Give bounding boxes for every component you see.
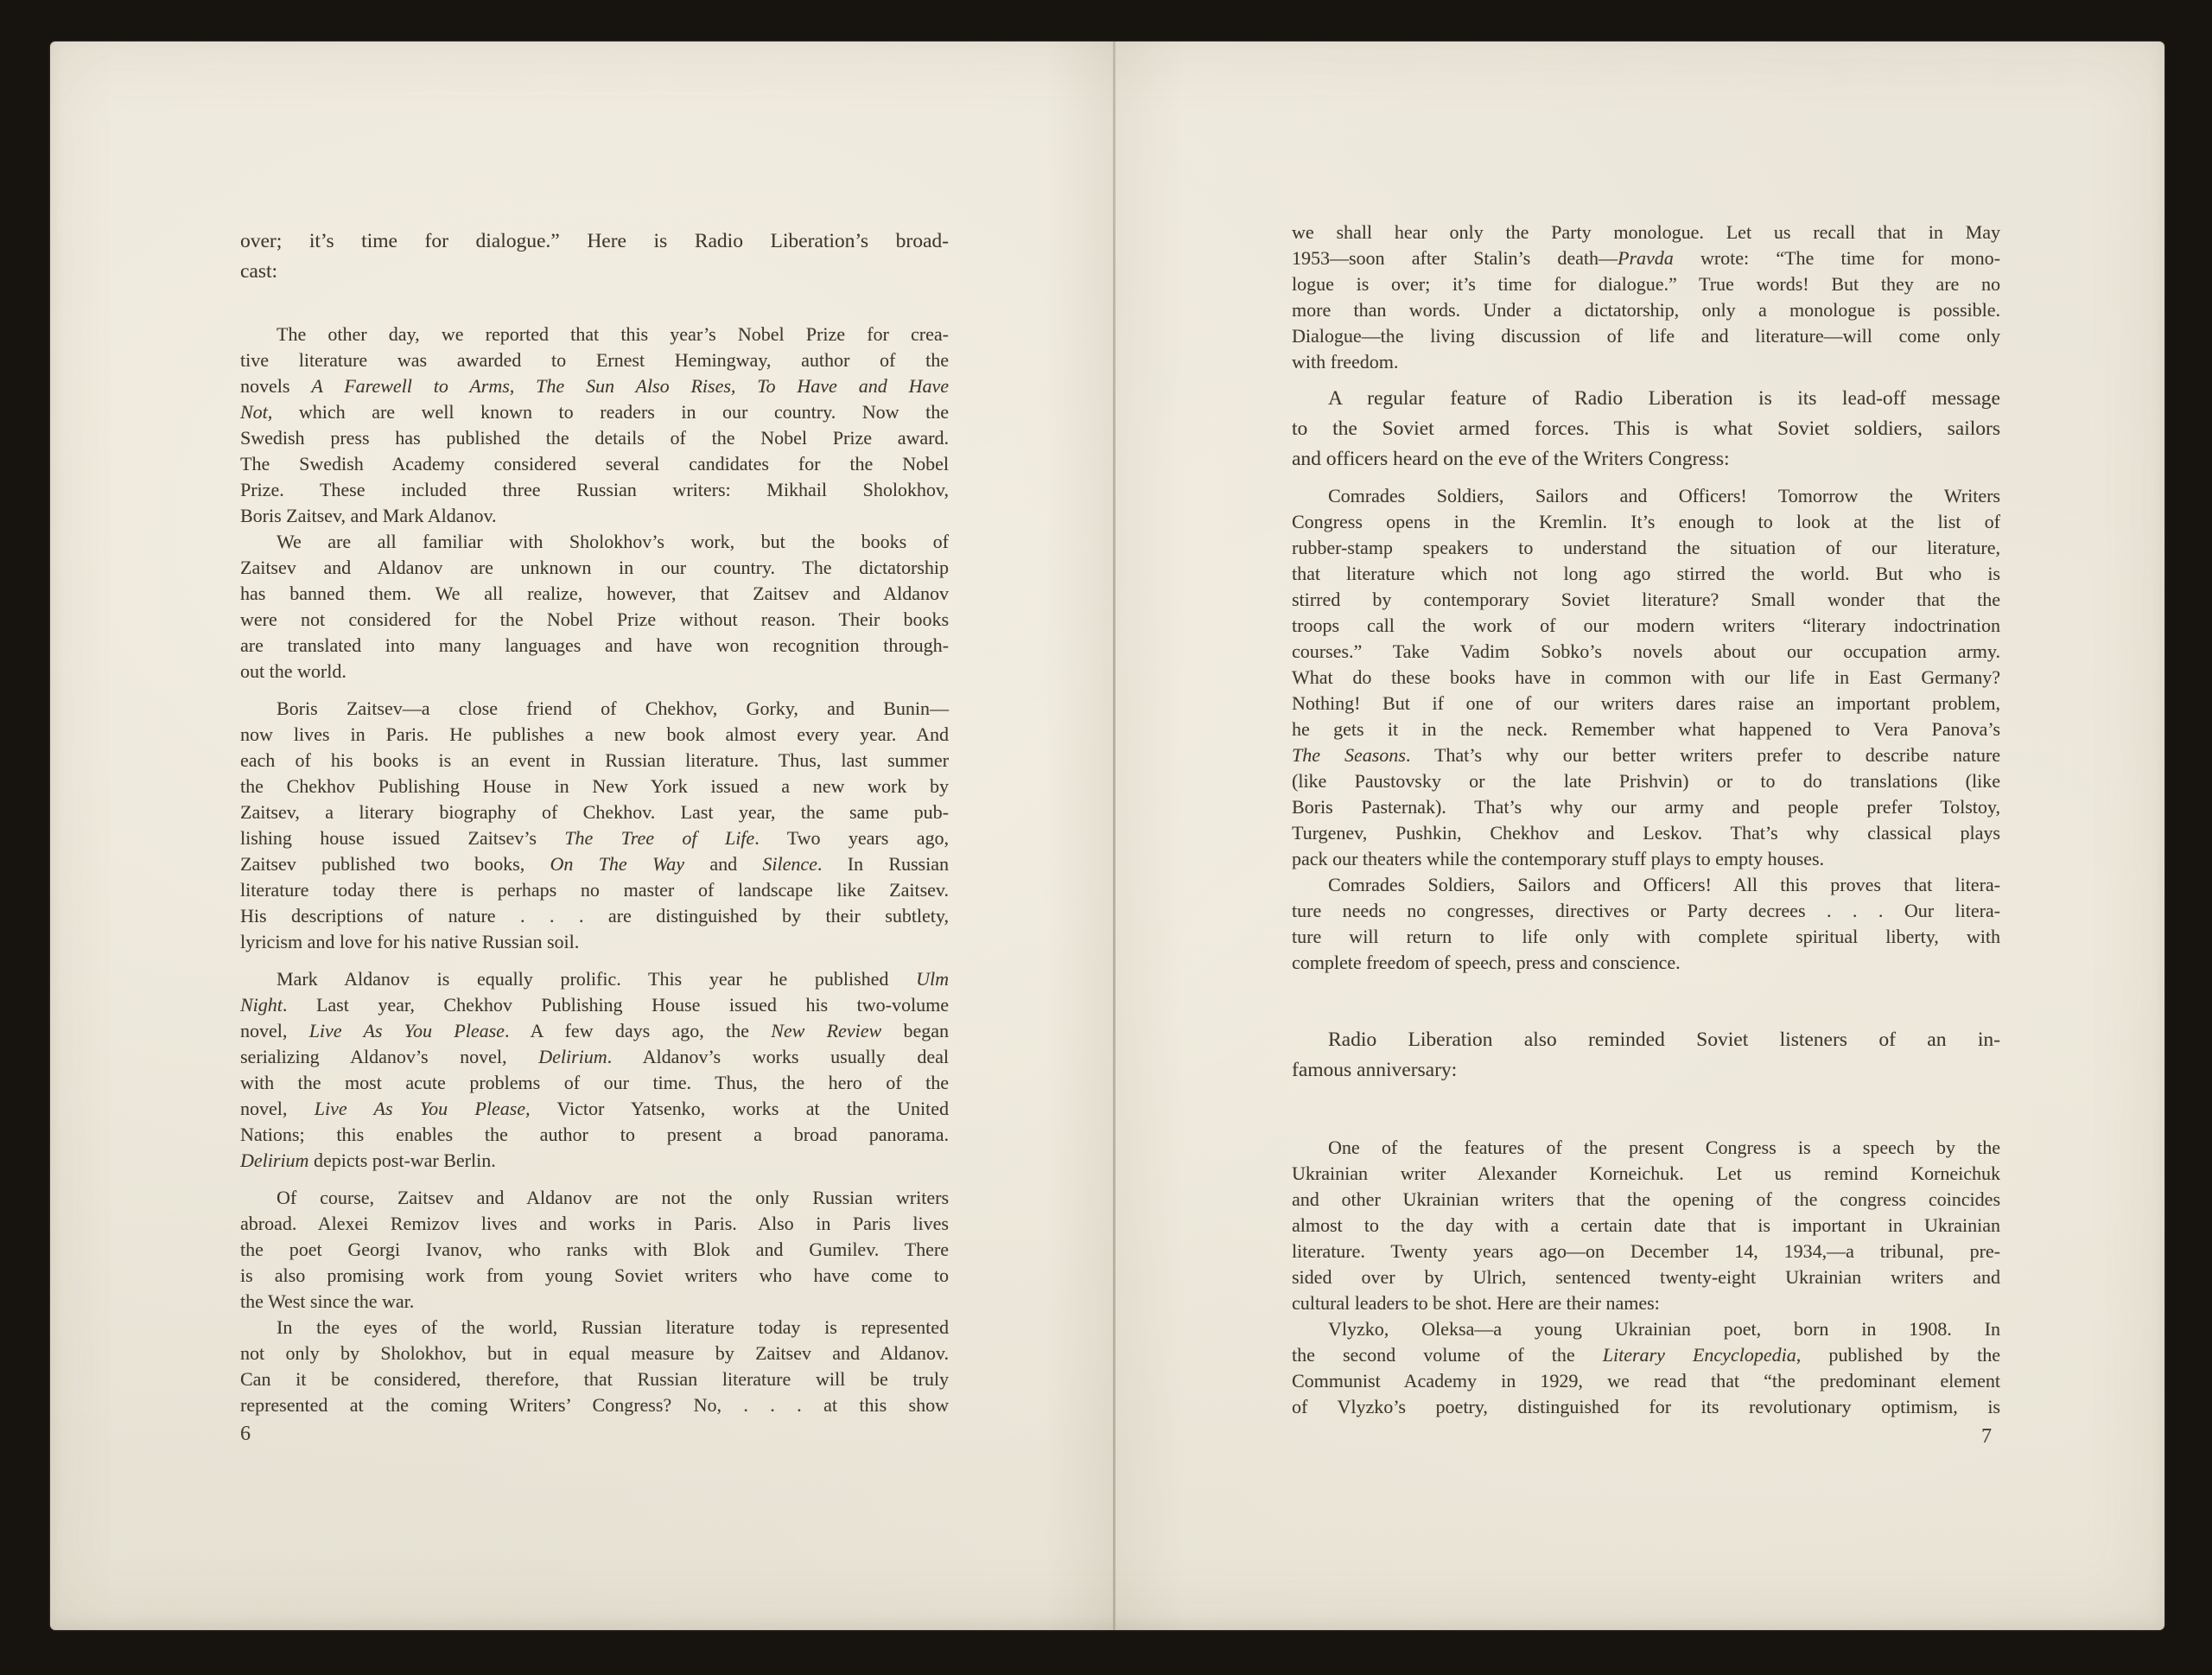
text-line: Zaitsev published two books, On The Way … [240,851,949,877]
text-run: abroad. Alexei Remizov lives and works i… [240,1213,949,1234]
paragraph: The other day, we reported that this yea… [240,322,949,529]
text-run: depicts post-war Berlin. [308,1150,495,1171]
text-run: troops call the work of our modern write… [1292,615,2000,636]
text-run: Boris Pasternak). That’s why our army an… [1292,796,2000,818]
text-line: each of his books is an event in Russian… [240,748,949,774]
text-line: Night. Last year, Chekhov Publishing Hou… [240,992,949,1018]
text-run: Congress opens in the Kremlin. It’s enou… [1292,511,2000,532]
text-line: and officers heard on the eve of the Wri… [1292,444,2000,474]
text-line: more than words. Under a dictatorship, o… [1292,297,2000,323]
text-run: which are well known to readers in our c… [272,401,949,423]
paragraph: Comrades Soldiers, Sailors and Officers!… [1292,872,2000,976]
text-run: Dialogue—the living discussion of life a… [1292,325,2000,347]
text-run: Boris Zaitsev, and Mark Aldanov. [240,505,497,526]
text-run: Swedish press has published the details … [240,427,949,449]
text-run: Victor Yatsenko, works at the United [531,1098,949,1119]
italic-text-run: Delirium [240,1150,308,1171]
text-line: The other day, we reported that this yea… [240,322,949,347]
text-line: A regular feature of Radio Liberation is… [1292,384,2000,414]
text-line: Mark Aldanov is equally prolific. This y… [240,966,949,992]
page-number-left: 6 [240,1423,251,1446]
text-line: Nothing! But if one of our writers dares… [1292,691,2000,716]
text-line: of Vlyzko’s poetry, distinguished for it… [1292,1394,2000,1420]
text-run: were not considered for the Nobel Prize … [240,608,949,630]
text-run: sided over by Ulrich, sentenced twenty-e… [1292,1266,2000,1288]
text-line: Prize. These included three Russian writ… [240,477,949,503]
text-run: One of the features of the present Congr… [1328,1137,2000,1158]
text-line: Not, which are well known to readers in … [240,399,949,425]
text-line: the Chekhov Publishing House in New York… [240,774,949,799]
text-run: the Chekhov Publishing House in New York… [240,775,949,797]
text-run: What do these books have in common with … [1292,666,2000,688]
text-run: famous anniversary: [1292,1059,1457,1081]
right-page-text: we shall hear only the Party monologue. … [1292,220,2000,1420]
text-run: not only by Sholokhov, but in equal meas… [240,1342,949,1364]
text-run: Zaitsev and Aldanov are unknown in our c… [240,557,949,578]
text-run: logue is over; it’s time for dialogue.” … [1292,273,2000,295]
paragraph: One of the features of the present Congr… [1292,1135,2000,1316]
text-line: logue is over; it’s time for dialogue.” … [1292,271,2000,297]
text-line: rubber-stamp speakers to understand the … [1292,535,2000,561]
text-run: more than words. Under a dictatorship, o… [1292,299,2000,321]
text-line: almost to the day with a certain date th… [1292,1213,2000,1239]
text-line: The Swedish Academy considered several c… [240,451,949,477]
italic-text-run: New Review [771,1020,881,1041]
text-run: each of his books is an event in Russian… [240,749,949,771]
text-run: lishing house issued Zaitsev’s [240,827,564,849]
text-line: The Seasons. That’s why our better write… [1292,742,2000,768]
text-line: His descriptions of nature . . . are dis… [240,903,949,929]
text-line: cast: [240,257,949,287]
italic-text-run: The Seasons [1292,744,1406,766]
text-line: Turgenev, Pushkin, Chekhov and Leskov. T… [1292,820,2000,846]
text-run: Can it be considered, therefore, that Ru… [240,1368,949,1390]
text-run: to the Soviet armed forces. This is what… [1292,417,2000,440]
text-line: were not considered for the Nobel Prize … [240,607,949,633]
text-line: abroad. Alexei Remizov lives and works i… [240,1211,949,1237]
text-line: Communist Academy in 1929, we read that … [1292,1368,2000,1394]
text-line: literature today there is perhaps no mas… [240,877,949,903]
paragraph: In the eyes of the world, Russian litera… [240,1315,949,1418]
left-page-text: over; it’s time for dialogue.” Here is R… [240,226,949,1418]
paragraph: Comrades Soldiers, Sailors and Officers!… [1292,483,2000,872]
text-line: pack our theaters while the contemporary… [1292,846,2000,872]
text-run: courses.” Take Vadim Sobko’s novels abou… [1292,640,2000,662]
text-run: Vlyzko, Oleksa—a young Ukrainian poet, b… [1328,1318,2000,1340]
text-run: wrote: “The time for mono- [1674,247,2000,269]
text-line: is also promising work from young Soviet… [240,1263,949,1289]
text-line: famous anniversary: [1292,1055,2000,1086]
italic-text-run: Not, [240,401,272,423]
text-run: with freedom. [1292,351,1398,373]
open-book-pages: over; it’s time for dialogue.” Here is R… [50,41,2164,1630]
italic-text-run: The Tree of Life [564,827,754,849]
text-line: Dialogue—the living discussion of life a… [1292,323,2000,349]
text-line: tive literature was awarded to Ernest He… [240,347,949,373]
text-run: rubber-stamp speakers to understand the … [1292,537,2000,558]
text-run: Nations; this enables the author to pres… [240,1124,949,1145]
paragraph: We are all familiar with Sholokhov’s wor… [240,529,949,685]
text-line: 1953—soon after Stalin’s death—Pravda wr… [1292,245,2000,271]
text-line: over; it’s time for dialogue.” Here is R… [240,226,949,257]
paragraph: over; it’s time for dialogue.” Here is R… [240,226,949,287]
text-run: Prize. These included three Russian writ… [240,479,949,500]
text-run: , published by the [1796,1344,2000,1366]
page-gutter [1113,41,1116,1630]
text-run: literature today there is perhaps no mas… [240,879,949,901]
paragraph: Of course, Zaitsev and Aldanov are not t… [240,1185,949,1315]
text-run: cast: [240,260,277,283]
text-run: ture needs no congresses, directives or … [1292,900,2000,921]
text-run: Mark Aldanov is equally prolific. This y… [276,968,916,990]
text-line: Ukrainian writer Alexander Korneichuk. L… [1292,1161,2000,1187]
text-line: In the eyes of the world, Russian litera… [240,1315,949,1341]
text-line: not only by Sholokhov, but in equal meas… [240,1341,949,1366]
text-line: Comrades Soldiers, Sailors and Officers!… [1292,872,2000,898]
text-line: serializing Aldanov’s novel, Delirium. A… [240,1044,949,1070]
italic-text-run: Ulm [916,968,949,990]
text-run: . Last year, Chekhov Publishing House is… [283,994,949,1016]
text-line: with the most acute problems of our time… [240,1070,949,1096]
text-run: over; it’s time for dialogue.” Here is R… [240,230,949,252]
text-line: Delirium depicts post-war Berlin. [240,1148,949,1174]
text-line: troops call the work of our modern write… [1292,613,2000,639]
text-run: lyricism and love for his native Russian… [240,931,579,952]
text-line: complete freedom of speech, press and co… [1292,950,2000,976]
text-run: His descriptions of nature . . . are dis… [240,905,949,927]
text-run: Boris Zaitsev—a close friend of Chekhov,… [276,697,949,719]
text-run: he gets it in the neck. Remember what ha… [1292,718,2000,740]
italic-text-run: Night [240,994,283,1016]
text-run: out the world. [240,660,346,682]
text-line: ture will return to life only with compl… [1292,924,2000,950]
text-run: with the most acute problems of our time… [240,1072,949,1093]
text-line: he gets it in the neck. Remember what ha… [1292,716,2000,742]
text-line: the poet Georgi Ivanov, who ranks with B… [240,1237,949,1263]
text-line: Of course, Zaitsev and Aldanov are not t… [240,1185,949,1211]
text-run: In the eyes of the world, Russian litera… [276,1316,949,1338]
page-number-right: 7 [1981,1425,1992,1449]
text-line: out the world. [240,659,949,685]
text-run: Nothing! But if one of our writers dares… [1292,692,2000,714]
text-run: The other day, we reported that this yea… [276,323,949,345]
text-run: and officers heard on the eve of the Wri… [1292,448,1730,470]
italic-text-run: Silence [762,853,817,875]
italic-text-run: Literary Encyclopedia [1603,1344,1796,1366]
text-line: has banned them. We all realize, however… [240,581,949,607]
text-line: Can it be considered, therefore, that Ru… [240,1366,949,1392]
text-run: stirred by contemporary Soviet literatur… [1292,589,2000,610]
text-run: pack our theaters while the contemporary… [1292,848,1824,869]
paragraph: A regular feature of Radio Liberation is… [1292,384,2000,474]
text-run: 1953—soon after Stalin’s death— [1292,247,1618,269]
text-run: are translated into many languages and h… [240,634,949,656]
text-line: novel, Live As You Please, Victor Yatsen… [240,1096,949,1122]
text-line: we shall hear only the Party monologue. … [1292,220,2000,245]
text-run: the second volume of the [1292,1344,1603,1366]
text-run: the West since the war. [240,1290,414,1312]
text-run: and [684,853,762,875]
book-spread-scan: over; it’s time for dialogue.” Here is R… [0,0,2212,1675]
text-line: represented at the coming Writers’ Congr… [240,1392,949,1418]
italic-text-run: Delirium [538,1046,607,1067]
text-line: novel, Live As You Please. A few days ag… [240,1018,949,1044]
text-run: has banned them. We all realize, however… [240,583,949,604]
italic-text-run: Live As You Please [309,1020,505,1041]
text-line: that literature which not long ago stirr… [1292,561,2000,587]
text-line: lishing house issued Zaitsev’s The Tree … [240,825,949,851]
text-run: that literature which not long ago stirr… [1292,563,2000,584]
text-run: novel, [240,1098,315,1119]
text-line: Comrades Soldiers, Sailors and Officers!… [1292,483,2000,509]
italic-text-run: Live As You Please, [315,1098,531,1119]
text-line: literature. Twenty years ago—on December… [1292,1239,2000,1264]
text-line: are translated into many languages and h… [240,633,949,659]
text-run: Comrades Soldiers, Sailors and Officers!… [1328,485,2000,506]
text-line: Nations; this enables the author to pres… [240,1122,949,1148]
text-run: . That’s why our better writers prefer t… [1406,744,2000,766]
text-run: Ukrainian writer Alexander Korneichuk. L… [1292,1162,2000,1184]
text-run: the poet Georgi Ivanov, who ranks with B… [240,1239,949,1260]
text-line: What do these books have in common with … [1292,665,2000,691]
text-run: cultural leaders to be shot. Here are th… [1292,1292,1660,1314]
text-run: Radio Liberation also reminded Soviet li… [1328,1029,2000,1051]
text-line: Vlyzko, Oleksa—a young Ukrainian poet, b… [1292,1316,2000,1342]
paragraph: Radio Liberation also reminded Soviet li… [1292,1025,2000,1086]
text-run: novels [240,375,311,397]
text-run: The Swedish Academy considered several c… [240,453,949,474]
text-line: the West since the war. [240,1289,949,1315]
text-run: we shall hear only the Party monologue. … [1292,221,2000,243]
paragraph: Boris Zaitsev—a close friend of Chekhov,… [240,696,949,955]
text-line: Boris Zaitsev—a close friend of Chekhov,… [240,696,949,722]
text-run: of Vlyzko’s poetry, distinguished for it… [1292,1396,2000,1417]
text-line: Boris Zaitsev, and Mark Aldanov. [240,503,949,529]
text-line: to the Soviet armed forces. This is what… [1292,414,2000,444]
text-line: the second volume of the Literary Encycl… [1292,1342,2000,1368]
text-run: Zaitsev published two books, [240,853,550,875]
text-run: . A few days ago, the [505,1020,771,1041]
text-run: Turgenev, Pushkin, Chekhov and Leskov. T… [1292,822,2000,844]
text-line: lyricism and love for his native Russian… [240,929,949,955]
text-line: Zaitsev and Aldanov are unknown in our c… [240,555,949,581]
text-line: Congress opens in the Kremlin. It’s enou… [1292,509,2000,535]
text-line: ture needs no congresses, directives or … [1292,898,2000,924]
text-run: . In Russian [817,853,949,875]
text-run: began [881,1020,949,1041]
text-line: and other Ukrainian writers that the ope… [1292,1187,2000,1213]
text-line: now lives in Paris. He publishes a new b… [240,722,949,748]
text-line: cultural leaders to be shot. Here are th… [1292,1290,2000,1316]
text-run: Zaitsev, a literary biography of Chekhov… [240,801,949,823]
text-run: novel, [240,1020,309,1041]
text-run: (like Paustovsky or the late Prishvin) o… [1292,770,2000,792]
text-line: We are all familiar with Sholokhov’s wor… [240,529,949,555]
italic-text-run: Pravda [1618,247,1674,269]
text-run: . Aldanov’s works usually deal [607,1046,949,1067]
text-run: almost to the day with a certain date th… [1292,1214,2000,1236]
text-run: now lives in Paris. He publishes a new b… [240,723,949,745]
text-line: Swedish press has published the details … [240,425,949,451]
text-run: We are all familiar with Sholokhov’s wor… [276,531,949,552]
text-run: literature. Twenty years ago—on December… [1292,1240,2000,1262]
italic-text-run: On The Way [550,853,685,875]
text-run: . Two years ago, [754,827,949,849]
text-run: Of course, Zaitsev and Aldanov are not t… [276,1187,949,1208]
paragraph: Vlyzko, Oleksa—a young Ukrainian poet, b… [1292,1316,2000,1420]
text-line: novels A Farewell to Arms, The Sun Also … [240,373,949,399]
text-run: Communist Academy in 1929, we read that … [1292,1370,2000,1392]
text-run: is also promising work from young Soviet… [240,1264,949,1286]
text-line: courses.” Take Vadim Sobko’s novels abou… [1292,639,2000,665]
text-run: complete freedom of speech, press and co… [1292,952,1681,973]
text-run: represented at the coming Writers’ Congr… [240,1394,949,1416]
text-line: Radio Liberation also reminded Soviet li… [1292,1025,2000,1055]
text-run: tive literature was awarded to Ernest He… [240,349,949,371]
italic-text-run: A Farewell to Arms, The Sun Also Rises, … [311,375,949,397]
text-line: stirred by contemporary Soviet literatur… [1292,587,2000,613]
text-line: Boris Pasternak). That’s why our army an… [1292,794,2000,820]
text-run: serializing Aldanov’s novel, [240,1046,538,1067]
text-run: Comrades Soldiers, Sailors and Officers!… [1328,874,2000,895]
text-run: and other Ukrainian writers that the ope… [1292,1188,2000,1210]
text-line: with freedom. [1292,349,2000,375]
text-line: Zaitsev, a literary biography of Chekhov… [240,799,949,825]
text-line: (like Paustovsky or the late Prishvin) o… [1292,768,2000,794]
text-run: ture will return to life only with compl… [1292,926,2000,947]
text-line: One of the features of the present Congr… [1292,1135,2000,1161]
text-run: A regular feature of Radio Liberation is… [1328,387,2000,410]
paragraph: Mark Aldanov is equally prolific. This y… [240,966,949,1174]
text-line: sided over by Ulrich, sentenced twenty-e… [1292,1264,2000,1290]
paragraph: we shall hear only the Party monologue. … [1292,220,2000,375]
